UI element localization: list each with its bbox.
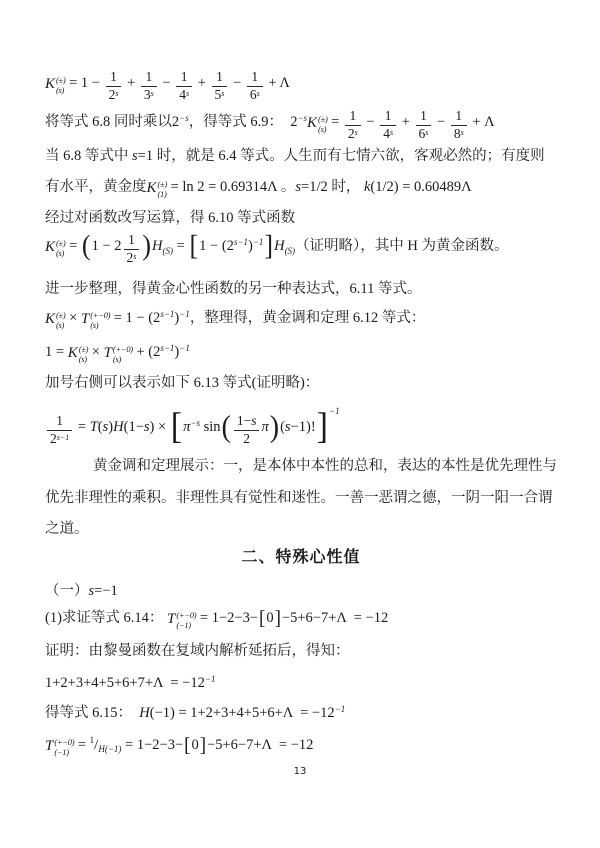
para-golden-degree: 有水平，黄金度K(±)(1) = ln 2 = 0.69314Λ 。s=1/2 … [45,178,557,200]
symbol-with-scripts: T(+−0)(−1) [45,737,74,758]
formula-6-12: 1 = K(±)(s) × T(+−0)(s) + (2s−1)−1 [45,343,557,365]
formula-6-12-intro: K(±)(s) × T(+−0)(s) = 1 − (2s−1)−1，整理得，黄… [45,309,557,331]
symbol-with-scripts: T(+−0)(−1) [167,610,196,631]
subheading-s-neg1: （一）s=−1 [45,582,557,600]
formula-6-8: K(±)(s) = 1 − 12s + 13s − 14s + 15s − 16… [45,70,557,103]
para-another-form: 进一步整理，得黄金心性函数的另一种表达式，6.11 等式。 [45,280,557,298]
fraction: 16s [247,70,263,103]
formula-6-15: 得等式 6.15： H(−1) = 1+2+3+4+5+6+Λ = −12−1 [45,704,557,722]
fraction: 12s−1 [47,414,72,447]
formula-6-14: (1)求证等式 6.14： T(+−0)(−1) = 1−2−3−[0]−5+6… [45,609,557,631]
para-plus-side: 加号右侧可以表示如下 6.13 等式(证明略)： [45,374,557,392]
fraction: 12s [106,70,122,103]
symbol-with-scripts: K(±)(s) [45,75,65,96]
para-theorem-line2: 优先非理性的乘积。非理性具有觉性和迷性。一善一恶谓之德，一阴一阳一合谓 [45,489,557,507]
formula-6-16: T(+−0)(−1) = 1/H(−1) = 1−2−3−[0]−5+6−7+Λ… [45,735,557,758]
fraction: 18s [451,109,467,142]
slanted-fraction: 1/H(−1) [90,737,122,753]
para-proof: 证明：由黎曼函数在复域内解析延拓后，得知： [45,642,557,660]
symbol-with-scripts: K(±)(s) [68,344,88,365]
para-rewrite: 经过对函数改写运算，得 6.10 等式函数 [45,209,557,227]
symbol-with-scripts: K(±)(1) [147,179,167,200]
para-theorem-line1: 黄金调和定理展示：一，是本体中本性的总和，表达的本性是优先理性与 [45,457,600,475]
fraction: 14s [380,109,396,142]
symbol-with-scripts: K(±)(s) [307,114,327,135]
symbol-with-scripts: K(±)(s) [45,310,65,331]
fraction: 15s [212,70,228,103]
formula-6-9: 将等式 6.8 同时乘以2−s，得等式 6.9： 2−sK(±)(s) = 12… [45,109,557,142]
fraction: 14s [176,70,192,103]
formula-6-13: 12s−1 = T(s)H(1−s) × [π−s sin(1−s2π)(s−1… [45,406,557,447]
symbol-with-scripts: K(±)(s) [45,238,65,259]
para-theorem-line3: 之道。 [45,520,557,538]
fraction: 1−s2 [234,414,260,447]
series-identity: 1+2+3+4+5+6+7+Λ = −12−1 [45,674,557,692]
heading-special-values: 二、特殊心性值 [45,548,557,568]
formula-6-10: K(±)(s) = (1 − 212s)H(S) = [1 − (2s−1)−1… [45,233,557,266]
document-page: K(±)(s) = 1 − 12s + 13s − 14s + 15s − 16… [0,0,600,848]
fraction: 12s [345,109,361,142]
symbol-with-scripts: T(+−0)(s) [81,310,110,331]
fraction: 13s [141,70,157,103]
page-number: 13 [0,766,600,777]
fraction: 16s [416,109,432,142]
fraction: 12s [124,233,140,266]
symbol-with-scripts: T(+−0)(s) [104,344,133,365]
para-s-equals-1: 当 6.8 等式中 s=1 时，就是 6.4 等式。人生而有七情六欲，客观必然的… [45,147,557,165]
